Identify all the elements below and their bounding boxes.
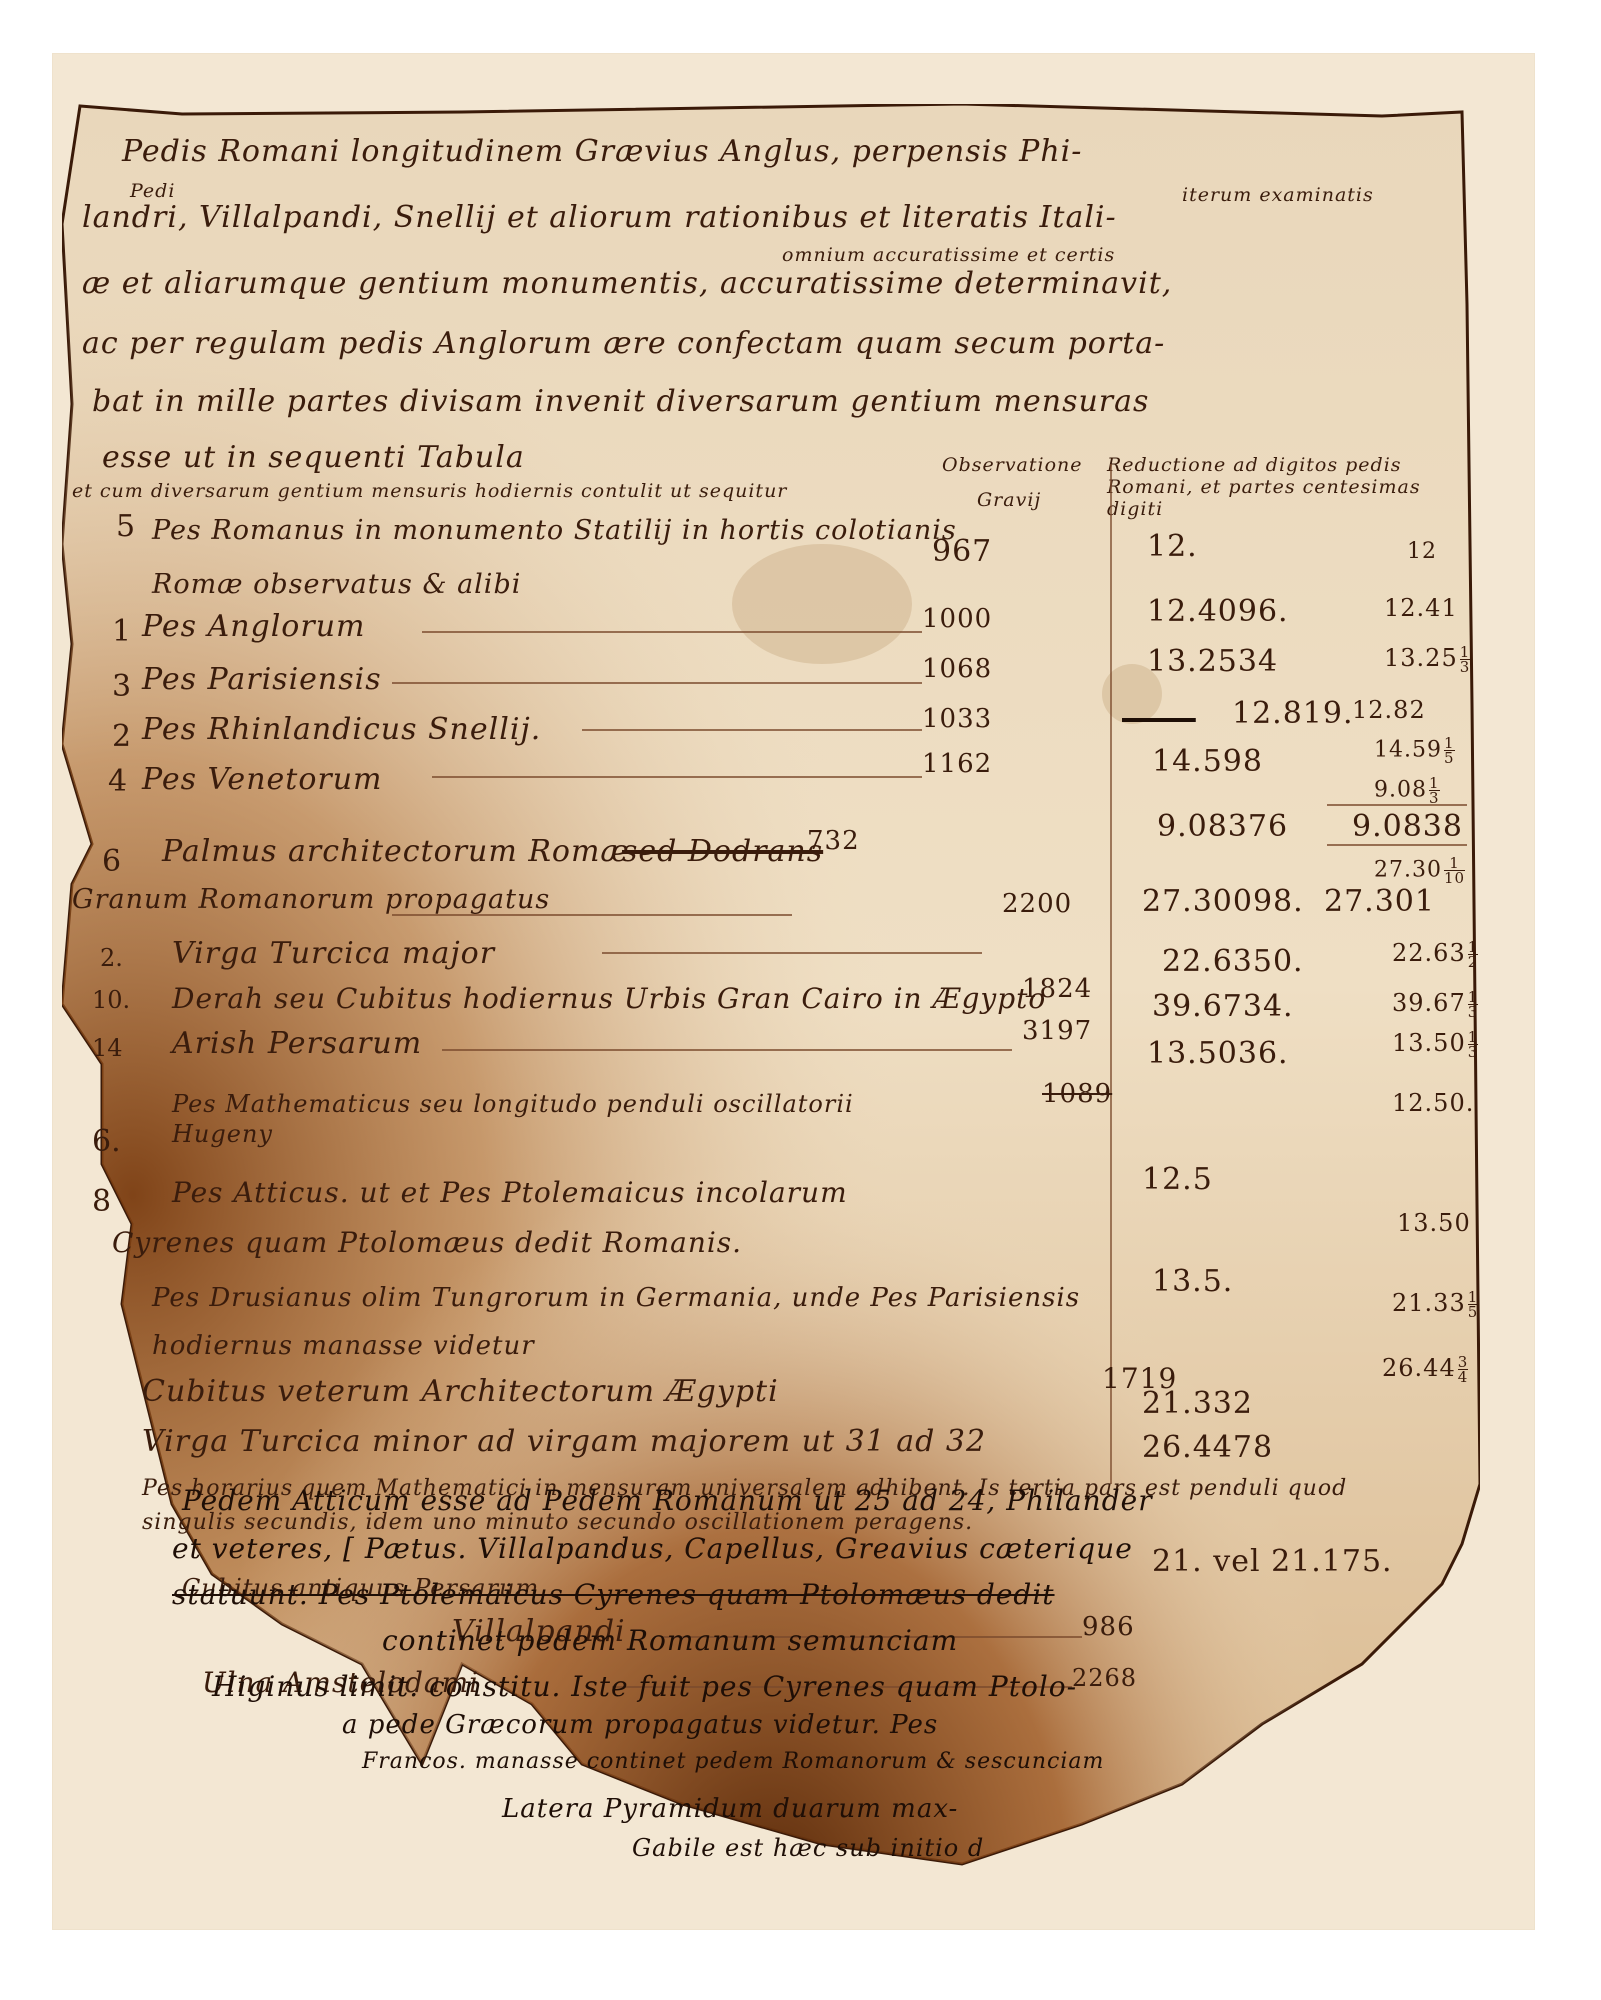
closing-line: continet pedem Romanum semunciam <box>382 1624 958 1657</box>
closing-line: Gabile est hæc sub initio d <box>632 1834 984 1862</box>
closing-line: Francos. manasse continet pedem Romanoru… <box>362 1749 1104 1774</box>
closing-line: Higinus limit. constitu. Iste fuit pes C… <box>212 1670 1077 1703</box>
closing-line: et veteres, [ Pætus. Villalpandus, Capel… <box>172 1532 1133 1565</box>
closing-line: Latera Pyramidum duarum max- <box>502 1794 958 1824</box>
closing-line: Pedem Atticum esse ad Pedem Romanum ut 2… <box>182 1484 1153 1517</box>
closing-line: a pede Græcorum propagatus videtur. Pes <box>342 1710 938 1740</box>
closing-paragraph: Pedem Atticum esse ad Pedem Romanum ut 2… <box>62 104 1480 1874</box>
closing-line: statuunt. Pes Ptolemaicus Cyrenes quam P… <box>172 1578 1055 1611</box>
